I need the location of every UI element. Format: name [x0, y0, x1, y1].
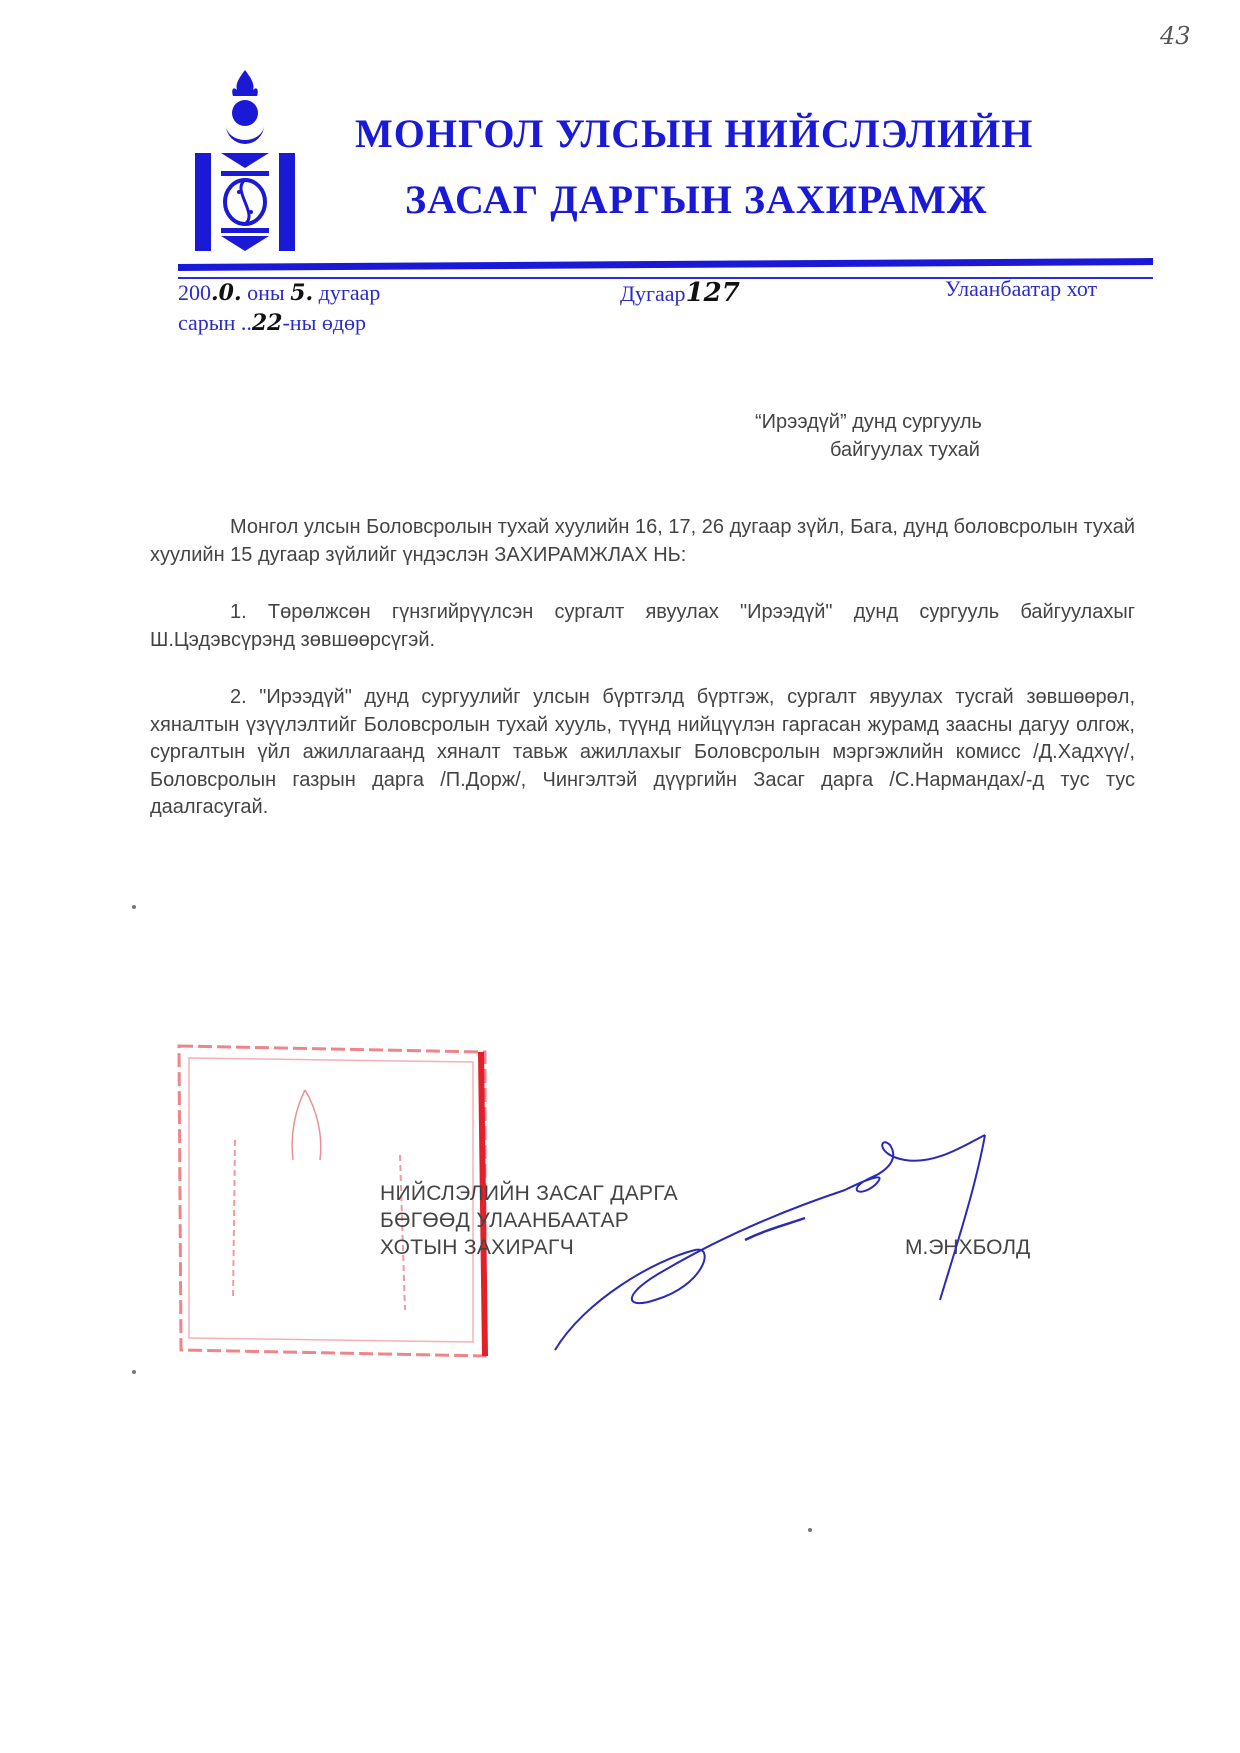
day-prefix: сарын ..	[178, 310, 252, 335]
subject-line-1: “Ирээдүй” дунд сургууль	[755, 408, 982, 436]
header-rule-thick	[178, 258, 1153, 271]
subject-line-2: байгуулах тухай	[755, 436, 982, 464]
order-item-2: 2. "Ирээдүй" дунд сургуулийг улсын бүртг…	[150, 684, 1135, 822]
order-item-1: 1. Төрөлжсөн гүнзгийрүүлсэн сургалт явуу…	[150, 599, 1135, 654]
number-label: Дугаар	[620, 281, 686, 306]
handwritten-signature	[545, 1130, 1065, 1360]
preamble-text: Монгол улсын Боловсролын тухай хуулийн 1…	[150, 516, 1135, 566]
scan-speck	[808, 1528, 812, 1532]
day-line: сарын ..22-ны өдөр	[178, 310, 366, 336]
day-suffix: -ны өдөр	[282, 310, 366, 335]
year-suffix: оны	[242, 280, 291, 305]
preamble-paragraph: Монгол улсын Боловсролын тухай хуулийн 1…	[150, 514, 1135, 569]
year-prefix: 200	[178, 280, 211, 305]
number-handwritten: 127	[686, 278, 740, 308]
subject: “Ирээдүй” дунд сургууль байгуулах тухай	[755, 408, 982, 464]
order-item-2-text: 2. "Ирээдүй" дунд сургуулийг улсын бүртг…	[150, 686, 1135, 818]
day-handwritten: 22	[252, 310, 283, 336]
date-line: 200.0. оны 5. дугаар	[178, 280, 380, 306]
page-number: 43	[1160, 22, 1191, 50]
document-title-line-2: ЗАСАГ ДАРГЫН ЗАХИРАМЖ	[405, 176, 987, 223]
scan-speck	[132, 1370, 136, 1374]
order-item-1-text: 1. Төрөлжсөн гүнзгийрүүлсэн сургалт явуу…	[150, 601, 1135, 651]
month-handwritten: 5.	[290, 280, 313, 306]
scan-speck	[132, 905, 136, 909]
month-suffix: дугаар	[313, 280, 380, 305]
document-title-line-1: МОНГОЛ УЛСЫН НИЙСЛЭЛИЙН	[355, 110, 1033, 157]
city: Улаанбаатар хот	[945, 276, 1097, 302]
document-number: Дугаар127	[620, 278, 740, 308]
year-handwritten: .0.	[211, 280, 242, 306]
soyombo-emblem-icon	[195, 68, 295, 253]
